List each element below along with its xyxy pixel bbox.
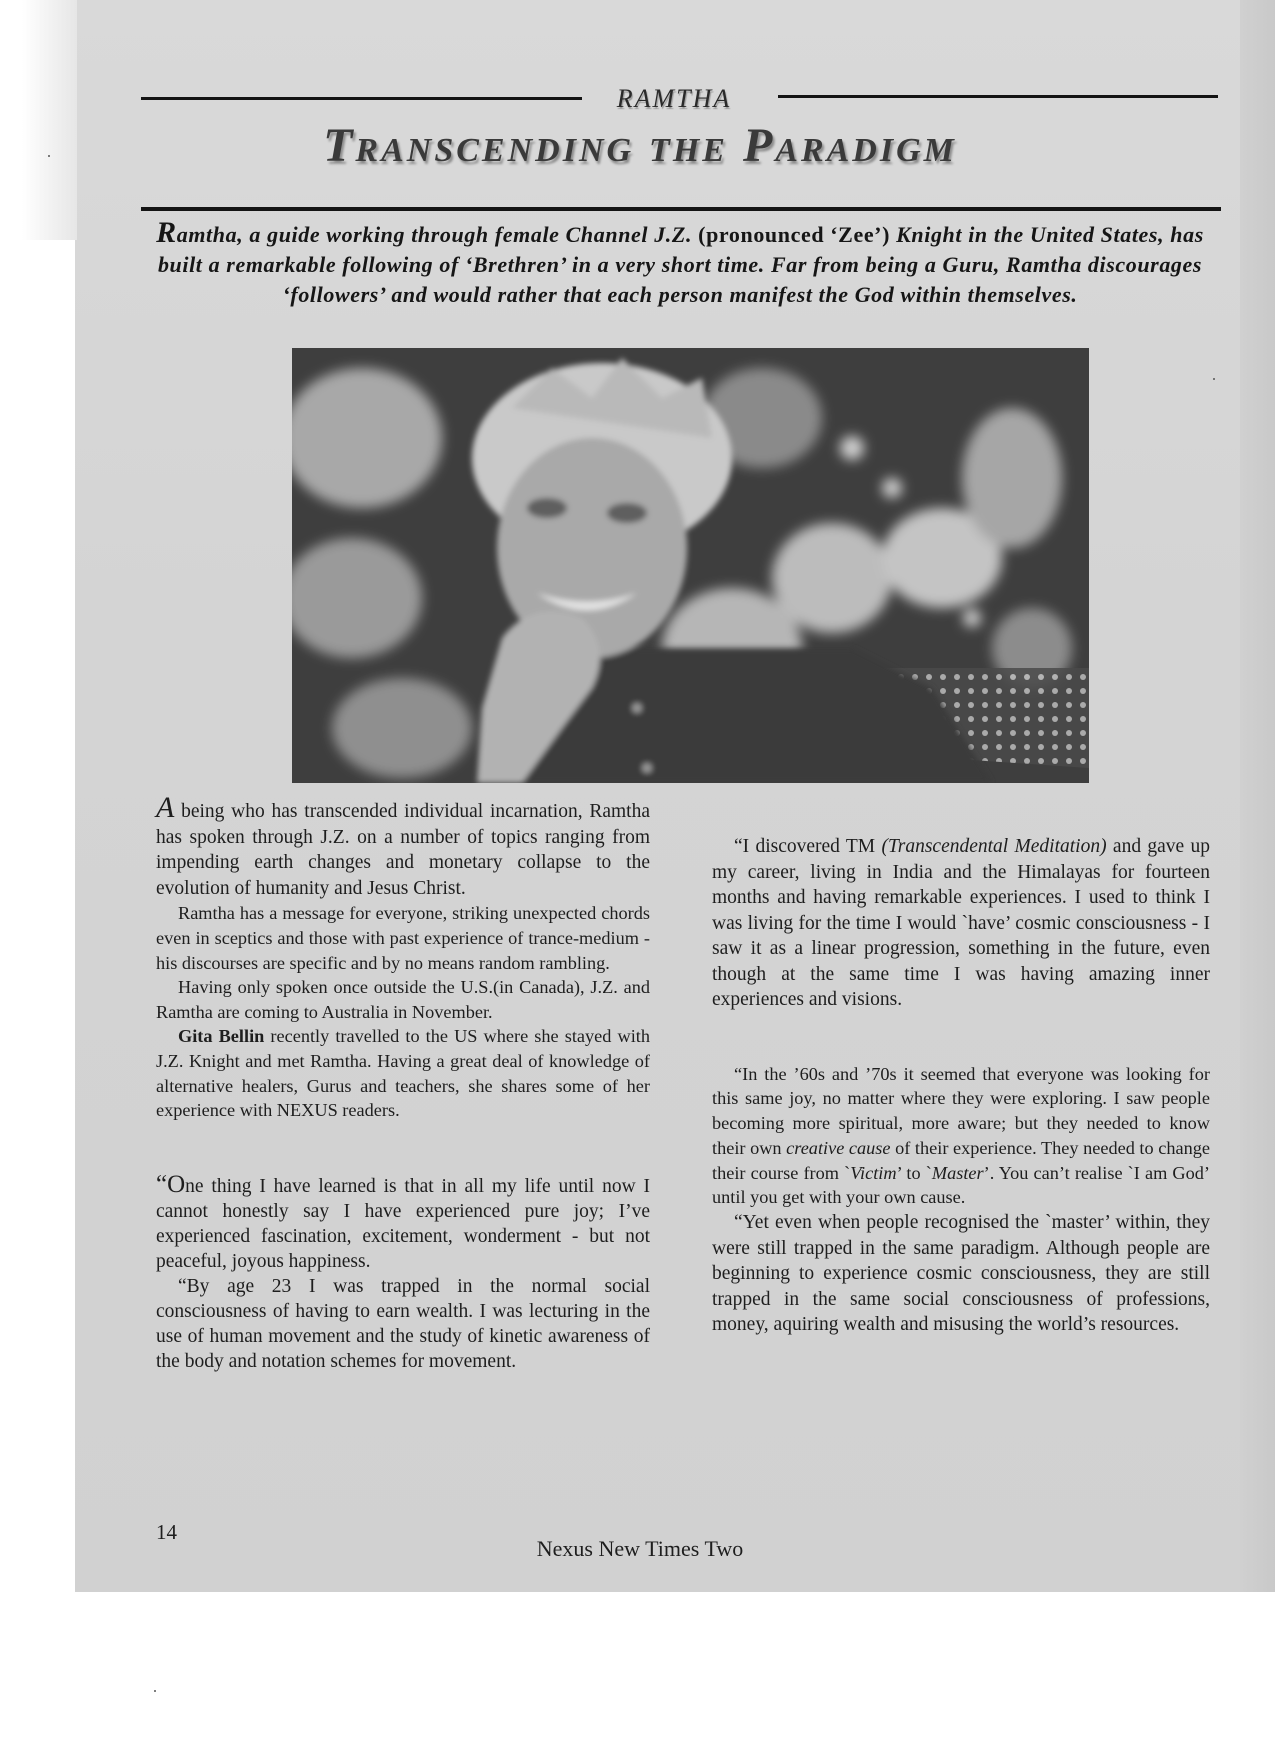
scan-edge-strip (1240, 0, 1275, 1592)
tm-text-a: “I discovered TM (734, 836, 881, 857)
spacer (156, 1123, 650, 1172)
header-rule-right (778, 95, 1218, 98)
tm-italic: (Transcendental Meditation) (881, 836, 1106, 857)
scan-speck (154, 1690, 156, 1692)
article-column-right: “I discovered TM (Transcendental Meditat… (712, 834, 1210, 1338)
victim-italic: Victim (850, 1163, 896, 1183)
spacer (712, 1013, 1210, 1062)
standfirst-text-1: amtha, a guide working through female Ch… (177, 222, 698, 247)
master-italic: Master (932, 1163, 984, 1183)
header-rule-left (141, 97, 582, 100)
scan-edge-shadow (22, 0, 77, 240)
author-name: Gita Bellin (178, 1026, 264, 1046)
portrait-photo (292, 348, 1089, 783)
scan-speck (1213, 378, 1215, 380)
paragraph-gita-bellin: Gita Bellin recently travelled to the US… (156, 1024, 650, 1122)
paragraph-message: Ramtha has a message for everyone, strik… (156, 901, 650, 975)
page-number: 14 (156, 1520, 177, 1545)
quote-joy-text: ne thing I have learned is that in all m… (156, 1176, 650, 1272)
tm-text-b: and gave up my career, living in India a… (712, 836, 1210, 1010)
paragraph-quote-joy: “One thing I have learned is that in all… (156, 1172, 650, 1274)
intro-dropcap: A (156, 791, 174, 824)
section-kicker: RAMTHA (584, 84, 764, 114)
paragraph-tm: “I discovered TM (Transcendental Meditat… (712, 834, 1210, 1013)
paragraph-age-23: “By age 23 I was trapped in the normal s… (156, 1274, 650, 1374)
paragraph-yet-even: “Yet even when people recognised the `ma… (712, 1210, 1210, 1338)
scan-speck (48, 155, 50, 157)
paragraph-australia-visit: Having only spoken once outside the U.S.… (156, 975, 650, 1024)
photo-image (292, 348, 1089, 783)
article-standfirst: Ramtha, a guide working through female C… (150, 218, 1210, 310)
article-column-left: A being who has transcended individual i… (156, 796, 650, 1374)
sixties-text-c: ’ to ` (897, 1163, 932, 1183)
publication-name: Nexus New Times Two (440, 1536, 840, 1562)
article-title: Transcending the Paradigm (140, 118, 1140, 173)
standfirst-text-2: (pronounced ‘Zee’) (698, 222, 896, 247)
quote-open: “O (156, 1171, 185, 1198)
standfirst-dropcap: R (156, 216, 177, 249)
paragraph-intro: A being who has transcended individual i… (156, 796, 650, 901)
paragraph-60s-70s: “In the ’60s and ’70s it seemed that eve… (712, 1062, 1210, 1211)
title-underline-rule (141, 207, 1221, 211)
intro-text: being who has transcended individual inc… (156, 801, 650, 899)
creative-cause-italic: creative cause (786, 1138, 890, 1158)
